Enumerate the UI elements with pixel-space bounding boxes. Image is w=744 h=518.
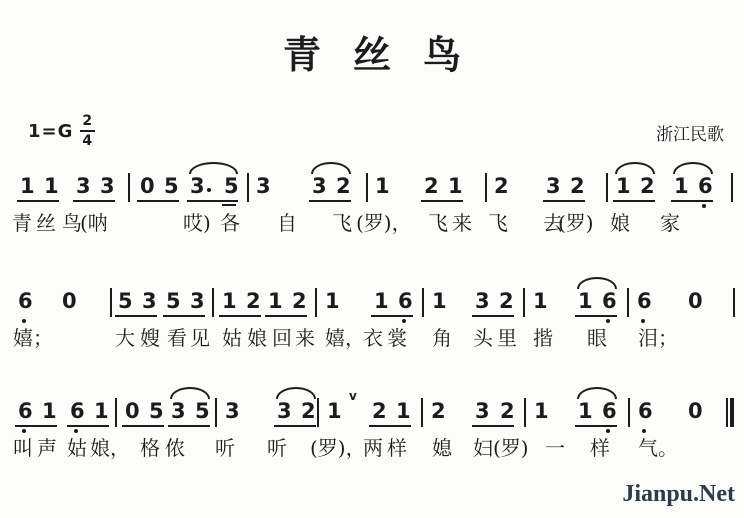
note-digit: 0 [140, 175, 155, 197]
note-digit: 6 [398, 290, 413, 312]
slur-arc [276, 387, 316, 399]
time-signature: 2 4 [80, 114, 95, 148]
slur-arc [577, 387, 617, 399]
lyric-text: 自 [277, 211, 297, 235]
beam-line [274, 425, 316, 427]
barline [421, 398, 423, 427]
beam-line [67, 425, 109, 427]
lyric-text: 飞 [332, 211, 352, 235]
note-digit: 1 [533, 290, 548, 312]
barline [128, 173, 130, 202]
lyric-text: 各 [220, 211, 240, 235]
note-digit: 0 [688, 290, 703, 312]
lyric-text: 青 [12, 211, 32, 235]
beam-line [543, 200, 585, 202]
barline [731, 173, 733, 202]
lyric-text: (罗)， [310, 436, 366, 460]
octave-dot [642, 429, 646, 433]
barline [315, 288, 317, 317]
lyric-text: 哎) [183, 211, 211, 235]
note-digit: 2 [424, 175, 439, 197]
beam-line [15, 425, 57, 427]
barline [606, 173, 608, 202]
note-digit: 3 [171, 400, 186, 422]
slur-arc [577, 277, 617, 289]
lyric-text: 泪； [638, 326, 678, 350]
watermark-logo: Jianpu.Net [622, 481, 735, 508]
note-digit: 1 [396, 400, 411, 422]
note-digit: 1 [20, 175, 35, 197]
barline [733, 288, 735, 317]
lyric-text: 揩 [533, 326, 553, 350]
lyric-text: 眼 [587, 326, 607, 350]
lyric-text: 里 [497, 326, 517, 350]
lyric-text: 嬉； [13, 326, 53, 350]
beam-line [369, 425, 411, 427]
music-system: 113305353321212321216青丝鸟(呐哎)各自飞(罗)，飞来飞去(… [0, 175, 744, 261]
beam-line [73, 200, 115, 202]
octave-dot [606, 429, 610, 433]
title-char: 青 [283, 32, 321, 78]
music-system: 605353121211613211660嬉；大嫂看见姑娘回来嬉，衣裳角头里揩眼… [0, 290, 744, 376]
note-digit: 1 [375, 175, 390, 197]
octave-dot [402, 319, 406, 323]
lyric-text: 看 [167, 326, 187, 350]
slur-arc [615, 162, 655, 174]
note-digit: 2 [431, 400, 446, 422]
note-digit: 5 [149, 400, 164, 422]
note-digit: 1 [616, 175, 631, 197]
final-barline [726, 398, 734, 427]
lyric-text: 来 [295, 326, 315, 350]
beam-line [137, 200, 179, 202]
barline [524, 398, 526, 427]
song-source-label: 浙江民歌 [656, 120, 724, 145]
lyric-text: 见 [190, 326, 210, 350]
lyric-text: 嫂 [140, 326, 160, 350]
note-digit: 1 [534, 400, 549, 422]
lyric-text: 裳 [387, 326, 407, 350]
note-digit: 3 [475, 400, 490, 422]
note-digit: 5 [166, 290, 181, 312]
note-digit: 5 [164, 175, 179, 197]
note-digit: 2 [336, 175, 351, 197]
slur-arc [170, 387, 210, 399]
lyric-text: 丝 [36, 211, 56, 235]
note-digit: 1 [44, 175, 59, 197]
beam-line [575, 425, 617, 427]
note-digit: 0 [62, 290, 77, 312]
note-digit: 3 [256, 175, 271, 197]
beam-line [115, 315, 157, 317]
note-digit: 3 [312, 175, 327, 197]
lyric-text: 妇(罗) [473, 436, 529, 460]
slur-arc [189, 162, 238, 174]
slur-arc [311, 162, 351, 174]
lyric-text: (罗) [558, 211, 594, 235]
note-digit: 2 [500, 400, 515, 422]
barline [628, 398, 630, 427]
lyric-text: (罗)， [356, 211, 412, 235]
lyric-text: 头 [473, 326, 493, 350]
note-digit: 6 [698, 175, 713, 197]
lyric-text: 叫 [13, 436, 33, 460]
lyric-text: (呐 [80, 211, 108, 235]
note-digit: 1 [578, 290, 593, 312]
page-title: 青 丝 鸟 [0, 32, 744, 78]
augmentation-dot [207, 188, 211, 192]
beam-line-2 [222, 204, 236, 206]
note-digit: 2 [246, 290, 261, 312]
note-digit: 3 [190, 175, 205, 197]
note-digit: 3 [100, 175, 115, 197]
lyric-text: 鸟 [62, 211, 82, 235]
beam-line [187, 200, 238, 202]
note-digit: 2 [292, 290, 307, 312]
barline [317, 398, 319, 427]
lyric-text: 飞 [488, 211, 508, 235]
lyric-text: 声 [37, 436, 57, 460]
note-digit: 2 [640, 175, 655, 197]
note-digit: 6 [637, 290, 652, 312]
note-digit: 3 [475, 290, 490, 312]
slur-arc [673, 162, 713, 174]
barline [366, 173, 368, 202]
key-signature: 1=G 2 4 [28, 114, 95, 148]
title-char: 丝 [353, 32, 391, 78]
barline [115, 398, 117, 427]
note-digit: 5 [118, 290, 133, 312]
time-numerator: 2 [80, 114, 95, 132]
lyric-text: 两 [363, 436, 383, 460]
note-digit: 5 [224, 175, 239, 197]
note-digit: 2 [570, 175, 585, 197]
beam-line [671, 200, 713, 202]
note-digit: 3 [277, 400, 292, 422]
note-digit: 3 [76, 175, 91, 197]
octave-dot [702, 204, 706, 208]
barline [215, 398, 217, 427]
note-digit: 3 [142, 290, 157, 312]
note-digit: 1 [222, 290, 237, 312]
lyric-text: 回 [272, 326, 292, 350]
note-digit: 3 [190, 290, 205, 312]
beam-line [309, 200, 351, 202]
note-digit: 1 [432, 290, 447, 312]
lyric-text: 一 [545, 436, 565, 460]
note-digit: 1 [42, 400, 57, 422]
breath-mark: v [349, 389, 357, 403]
beam-line [472, 425, 514, 427]
beam-line [265, 315, 307, 317]
note-digit: 2 [494, 175, 509, 197]
lyric-text: 娘， [90, 436, 130, 460]
note-digit: 6 [18, 400, 33, 422]
music-system: 616105353321v2123211660叫声姑娘，格侬听听(罗)，两样媳妇… [0, 400, 744, 486]
barline [212, 288, 214, 317]
note-digit: 6 [18, 290, 33, 312]
lyric-text: 姑 [222, 326, 242, 350]
lyric-text: 听 [215, 436, 235, 460]
lyric-text: 气。 [638, 436, 678, 460]
note-digit: 0 [125, 400, 140, 422]
beam-line [613, 200, 655, 202]
octave-dot [606, 319, 610, 323]
lyric-text: 娘 [610, 211, 630, 235]
octave-dot [22, 319, 26, 323]
lyric-text: 格 [140, 436, 160, 460]
note-digit: 1 [94, 400, 109, 422]
beam-line [122, 425, 164, 427]
note-digit: 6 [602, 400, 617, 422]
barline [110, 288, 112, 317]
note-digit: 2 [499, 290, 514, 312]
note-digit: 1 [374, 290, 389, 312]
beam-line [371, 315, 413, 317]
beam-line [472, 315, 514, 317]
note-digit: 2 [301, 400, 316, 422]
beam-line [163, 315, 205, 317]
sheet-music-page: 青 丝 鸟 1=G 2 4 浙江民歌 113305353321212321216… [0, 0, 744, 518]
lyric-text: 家 [660, 211, 680, 235]
beam-line [168, 425, 210, 427]
title-char: 鸟 [423, 32, 461, 78]
lyric-text: 大 [115, 326, 135, 350]
lyric-text: 角 [432, 326, 452, 350]
note-digit: 1 [674, 175, 689, 197]
note-digit: 1 [448, 175, 463, 197]
barline [627, 288, 629, 317]
note-digit: 6 [70, 400, 85, 422]
lyric-text: 姑 [67, 436, 87, 460]
note-digit: 1 [327, 400, 342, 422]
beam-line [17, 200, 59, 202]
key-label: 1=G [28, 121, 73, 142]
time-denominator: 4 [82, 132, 93, 148]
lyric-text: 样 [590, 436, 610, 460]
barline [523, 288, 525, 317]
beam-line [219, 315, 261, 317]
lyric-text: 侬 [165, 436, 185, 460]
lyric-text: 娘 [247, 326, 267, 350]
note-digit: 0 [688, 400, 703, 422]
barline [485, 173, 487, 202]
note-digit: 1 [325, 290, 340, 312]
beam-line [575, 315, 617, 317]
lyric-text: 听 [267, 436, 287, 460]
lyric-text: 飞 [428, 211, 448, 235]
note-digit: 6 [602, 290, 617, 312]
octave-dot [22, 429, 26, 433]
note-digit: 3 [546, 175, 561, 197]
note-digit: 1 [578, 400, 593, 422]
lyric-text: 嬉， [325, 326, 365, 350]
lyric-text: 样 [387, 436, 407, 460]
note-digit: 1 [268, 290, 283, 312]
note-digit: 3 [225, 400, 240, 422]
note-digit: 5 [195, 400, 210, 422]
lyric-text: 衣 [363, 326, 383, 350]
octave-dot [74, 429, 78, 433]
beam-line [421, 200, 463, 202]
lyric-text: 来 [452, 211, 472, 235]
lyric-text: 媳 [432, 436, 452, 460]
octave-dot [641, 319, 645, 323]
barline [422, 288, 424, 317]
note-digit: 2 [372, 400, 387, 422]
note-digit: 6 [638, 400, 653, 422]
barline [247, 173, 249, 202]
